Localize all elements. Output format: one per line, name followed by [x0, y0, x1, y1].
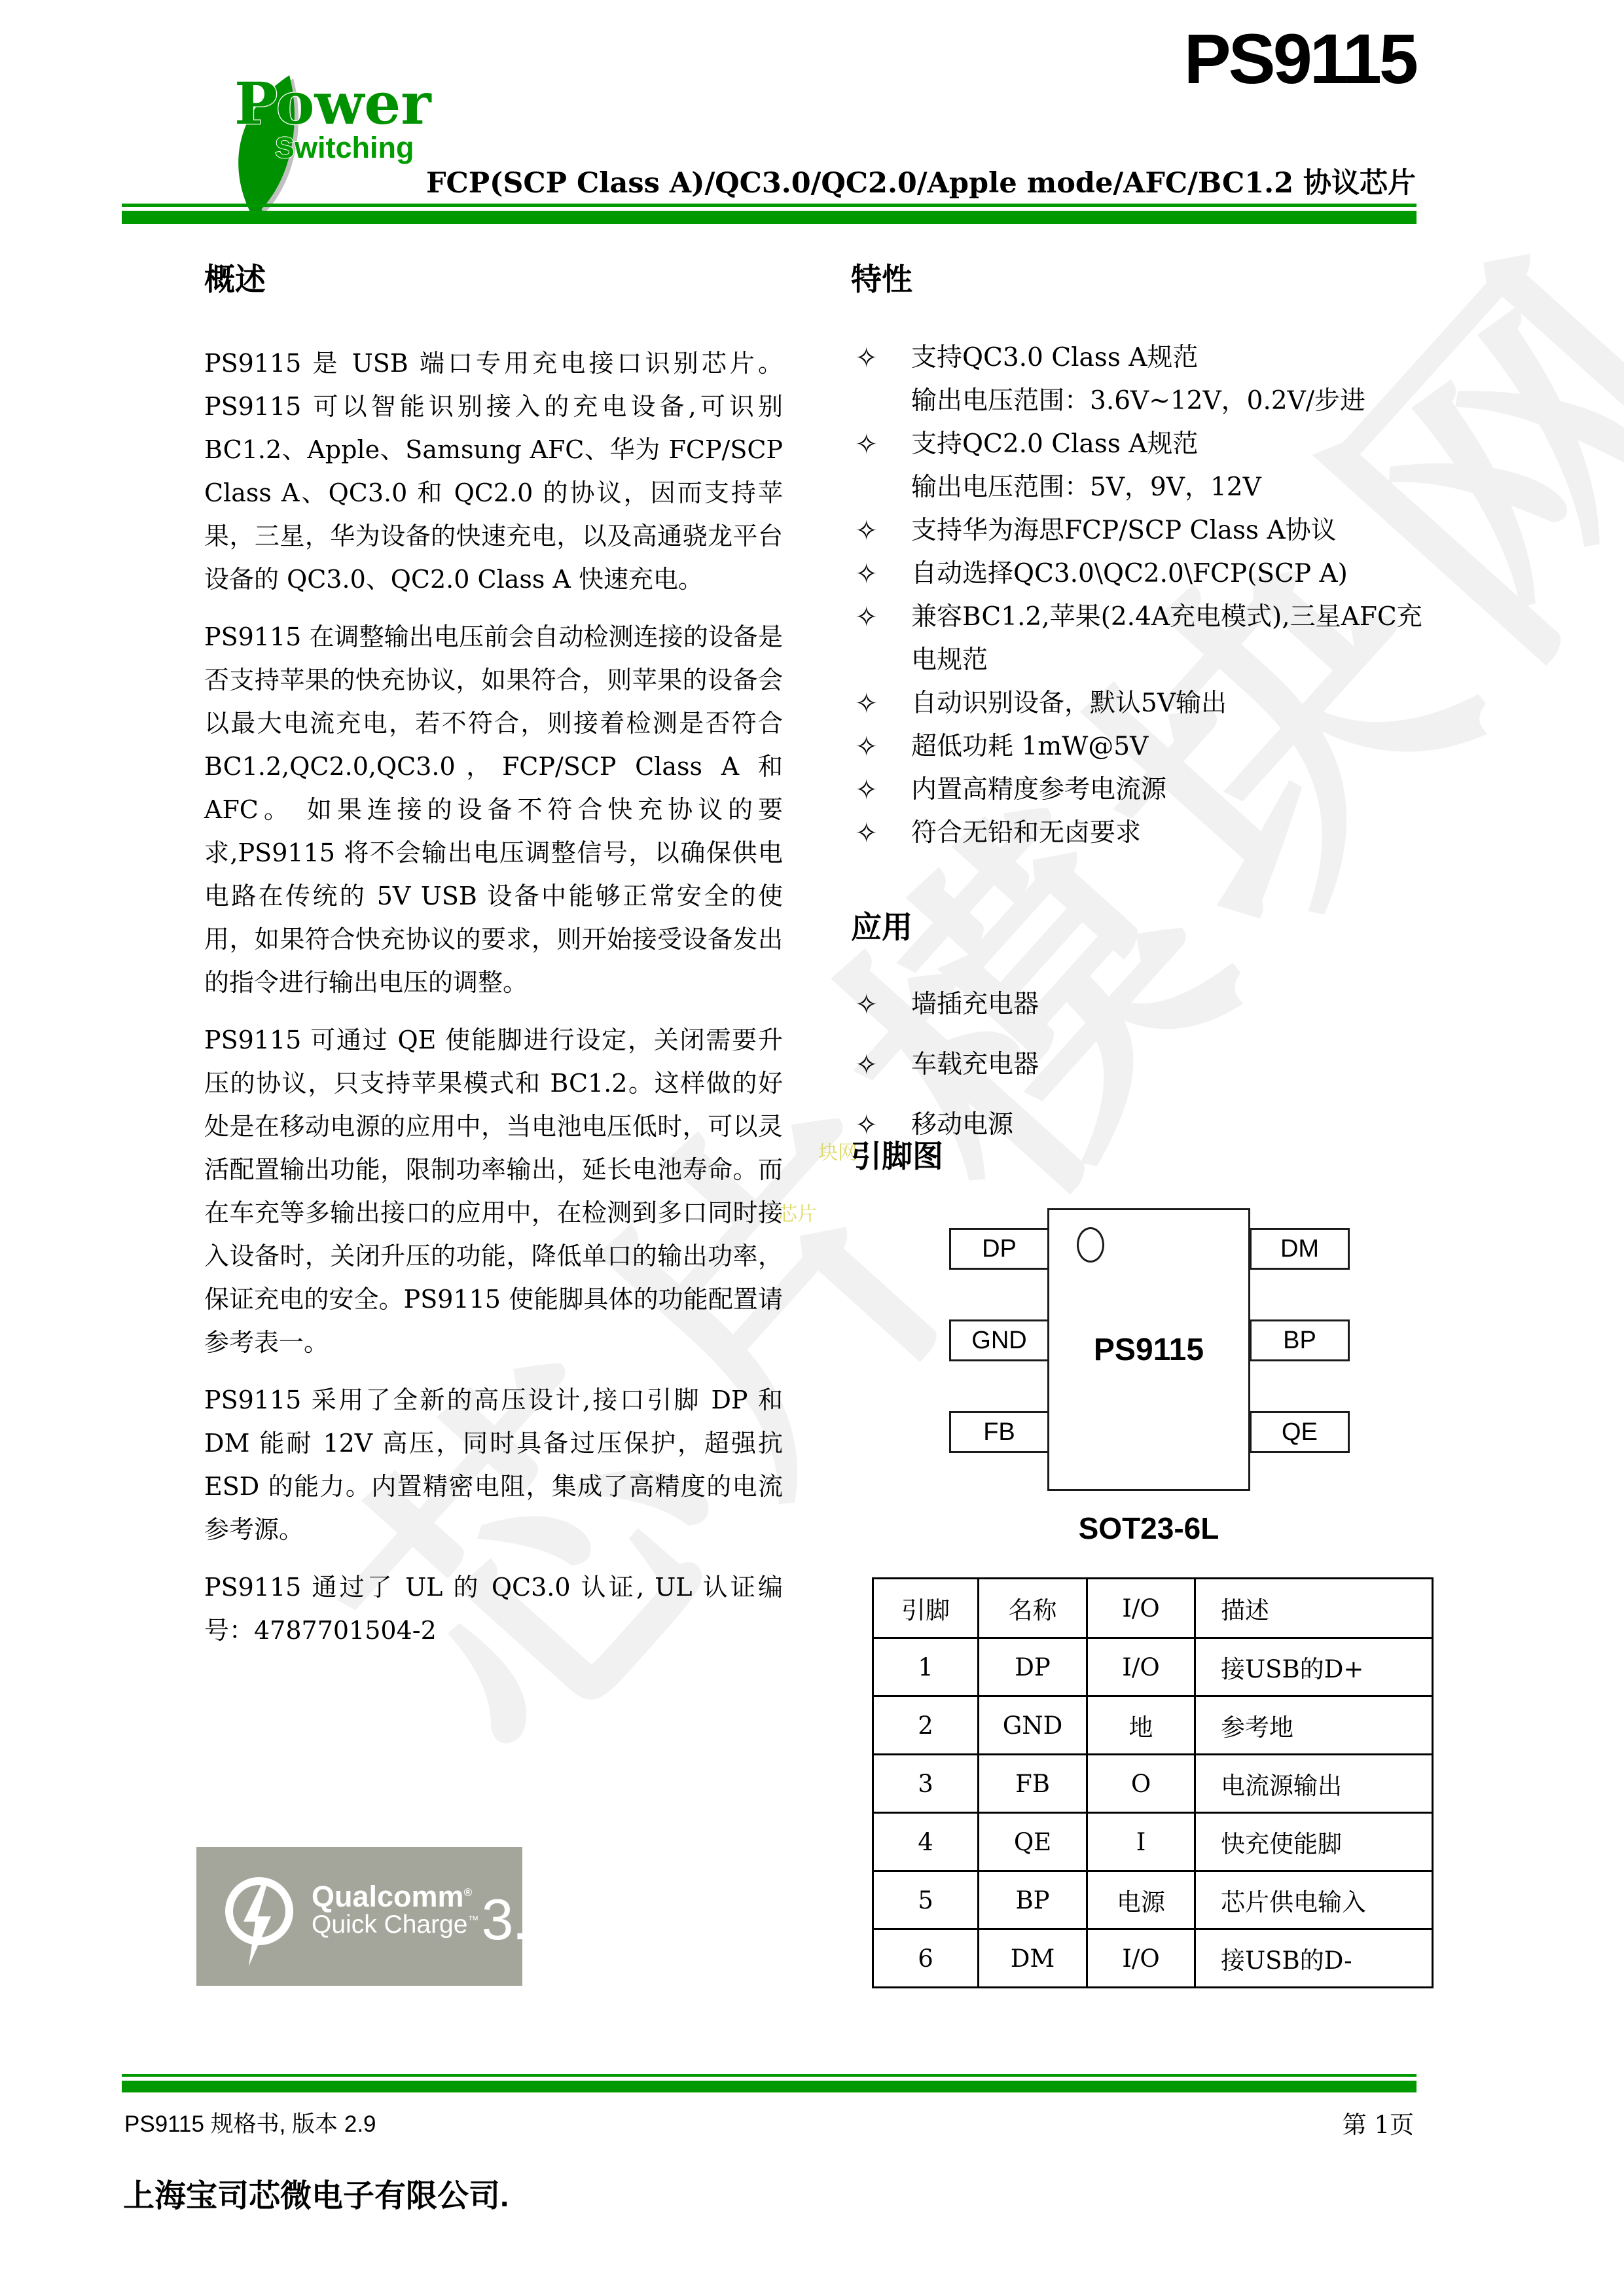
footer-doc-version: PS9115 规格书, 版本 2.9: [124, 2106, 376, 2139]
application-item: ✧ 墙插充电器: [851, 983, 1427, 1026]
page-title: PS9115: [1184, 24, 1416, 94]
pin-description-table: 引脚 名称 I/O 描述 1 DP I/O 接USB的D+ 2 GND 地 参考…: [872, 1577, 1434, 1988]
feature-text: 兼容BC1.2,苹果(2.4A充电模式),三星AFC充电规范: [911, 602, 1422, 675]
registered-mark: ®: [464, 1886, 473, 1899]
feature-text: 支持QC2.0 Class A规范: [911, 429, 1198, 459]
feature-item: ✧ 符合无铅和无卤要求: [851, 812, 1427, 855]
cell-desc: 接USB的D+: [1195, 1638, 1433, 1696]
pin1-marker-circle-icon: [1077, 1227, 1104, 1263]
cell-pin: 3: [873, 1755, 979, 1813]
star-bullet-icon: ✧: [855, 423, 878, 466]
overview-paragraph: PS9115 是 USB 端口专用充电接口识别芯片。PS9115 可以智能识别接…: [204, 342, 783, 601]
feature-item: ✧ 支持QC3.0 Class A规范 输出电压范围：3.6V~12V，0.2V…: [851, 336, 1427, 423]
star-bullet-icon: ✧: [855, 682, 878, 725]
qc-product: Quick Charge: [312, 1910, 467, 1939]
table-row: 3 FB O 电流源输出: [873, 1755, 1433, 1813]
col-header: 名称: [979, 1579, 1087, 1638]
watermark-label-a: 芯片: [778, 1198, 817, 1227]
col-header: 描述: [1195, 1579, 1433, 1638]
star-bullet-icon: ✧: [855, 1043, 878, 1086]
feature-item: ✧ 超低功耗 1mW@5V: [851, 725, 1427, 768]
application-text: 移动电源: [911, 1110, 1013, 1139]
pin-diagram-section: 引脚图 DP GND FB PS9115 DM BP QE SOT23-6L: [851, 1138, 1440, 1549]
cell-desc: 快充使能脚: [1195, 1813, 1433, 1871]
quick-charge-text: Qualcomm® Quick Charge™: [312, 1881, 478, 1939]
cell-io: I: [1087, 1813, 1195, 1871]
overview-paragraph: PS9115 可通过 QE 使能脚进行设定，关闭需要升压的协议，只支持苹果模式和…: [204, 1018, 783, 1364]
feature-item: ✧ 自动识别设备，默认5V输出: [851, 682, 1427, 725]
cell-io: I/O: [1087, 1929, 1195, 1988]
feature-item: ✧ 支持华为海思FCP/SCP Class A协议: [851, 509, 1427, 552]
chip-body: PS9115: [1047, 1208, 1250, 1491]
application-item: ✧ 车载充电器: [851, 1043, 1427, 1086]
col-header: 引脚: [873, 1579, 979, 1638]
cell-desc: 芯片供电输入: [1195, 1871, 1433, 1929]
pin-box-fb: FB: [949, 1411, 1049, 1453]
pin-label: DM: [1280, 1235, 1319, 1263]
cell-name: GND: [979, 1696, 1087, 1755]
overview-heading: 概述: [204, 260, 783, 300]
footer-rule-thick: [122, 2081, 1416, 2092]
cell-io: I/O: [1087, 1638, 1195, 1696]
cell-io: 地: [1087, 1696, 1195, 1755]
feature-item: ✧ 自动选择QC3.0\QC2.0\FCP(SCP A): [851, 552, 1427, 596]
star-bullet-icon: ✧: [855, 983, 878, 1026]
table-row: 5 BP 电源 芯片供电输入: [873, 1871, 1433, 1929]
star-bullet-icon: ✧: [855, 725, 878, 768]
footer-page-number: 第 1页: [1343, 2105, 1414, 2140]
applications-section: 应用 ✧ 墙插充电器 ✧ 车载充电器 ✧ 移动电源: [851, 908, 1427, 1164]
col-header: I/O: [1087, 1579, 1195, 1638]
pin-box-dm: DM: [1250, 1228, 1350, 1270]
page-subtitle: FCP(SCP Class A)/QC3.0/QC2.0/Apple mode/…: [426, 161, 1416, 201]
feature-text: 自动选择QC3.0\QC2.0\FCP(SCP A): [911, 559, 1348, 588]
cell-pin: 2: [873, 1696, 979, 1755]
overview-paragraph: PS9115 采用了全新的高压设计,接口引脚 DP 和 DM 能耐 12V 高压…: [204, 1378, 783, 1551]
company-name: 上海宝司芯微电子有限公司.: [123, 2170, 509, 2215]
cell-name: DP: [979, 1638, 1087, 1696]
cell-pin: 4: [873, 1813, 979, 1871]
pin-box-qe: QE: [1250, 1411, 1350, 1453]
application-text: 车载充电器: [911, 1050, 1039, 1079]
table-row: 2 GND 地 参考地: [873, 1696, 1433, 1755]
feature-text: 自动识别设备，默认5V输出: [911, 689, 1227, 718]
application-text: 墙插充电器: [911, 990, 1039, 1019]
chip-part-number: PS9115: [1094, 1332, 1204, 1368]
star-bullet-icon: ✧: [855, 596, 878, 639]
feature-text: 支持QC3.0 Class A规范: [911, 343, 1198, 372]
feature-item: ✧ 兼容BC1.2,苹果(2.4A充电模式),三星AFC充电规范: [851, 596, 1427, 682]
features-heading: 特性: [851, 260, 1427, 300]
cell-name: BP: [979, 1871, 1087, 1929]
cell-io: 电源: [1087, 1871, 1195, 1929]
cell-pin: 5: [873, 1871, 979, 1929]
feature-subtext: 输出电压范围：3.6V~12V，0.2V/步进: [911, 380, 1427, 423]
overview-paragraph: PS9115 通过了 UL 的 QC3.0 认证, UL 认证编号：478770…: [204, 1566, 783, 1652]
svg-text:Switching: Switching: [275, 131, 414, 164]
table-row: 1 DP I/O 接USB的D+: [873, 1638, 1433, 1696]
svg-text:Power: Power: [234, 69, 432, 137]
pin-label: GND: [971, 1327, 1026, 1355]
overview-section: 概述 PS9115 是 USB 端口专用充电接口识别芯片。PS9115 可以智能…: [204, 260, 783, 1666]
quick-charge-certification-badge: Qualcomm® Quick Charge™ 3.0: [196, 1847, 522, 1986]
feature-text: 符合无铅和无卤要求: [911, 818, 1141, 848]
chip-pinout-diagram: DP GND FB PS9115 DM BP QE SOT23-6L: [949, 1208, 1351, 1549]
features-section: 特性 ✧ 支持QC3.0 Class A规范 输出电压范围：3.6V~12V，0…: [851, 260, 1427, 855]
qc-version: 3.0: [481, 1886, 557, 1953]
star-bullet-icon: ✧: [855, 336, 878, 380]
pin-box-gnd: GND: [949, 1319, 1049, 1361]
pin-label: FB: [983, 1418, 1015, 1446]
header-rule-thick: [122, 211, 1416, 224]
trademark-mark: ™: [467, 1914, 478, 1926]
feature-text: 超低功耗 1mW@5V: [911, 732, 1148, 761]
feature-text: 内置高精度参考电流源: [911, 775, 1166, 804]
table-header-row: 引脚 名称 I/O 描述: [873, 1579, 1433, 1638]
cell-name: FB: [979, 1755, 1087, 1813]
cell-name: QE: [979, 1813, 1087, 1871]
lightning-bolt-icon: [219, 1869, 302, 1981]
pin-box-dp: DP: [949, 1228, 1049, 1270]
pin-label: BP: [1283, 1327, 1316, 1355]
star-bullet-icon: ✧: [855, 768, 878, 812]
feature-subtext: 输出电压范围：5V，9V，12V: [911, 466, 1427, 509]
header-rule-thin: [122, 204, 1416, 207]
cell-name: DM: [979, 1929, 1087, 1988]
cell-io: O: [1087, 1755, 1195, 1813]
feature-item: ✧ 内置高精度参考电流源: [851, 768, 1427, 812]
applications-heading: 应用: [851, 908, 1427, 948]
star-bullet-icon: ✧: [855, 552, 878, 596]
qc-brand: Qualcomm: [312, 1880, 464, 1913]
pin-label: DP: [982, 1235, 1017, 1263]
pin-box-bp: BP: [1250, 1319, 1350, 1361]
datasheet-page: 芯片模块网 芯片 块网 Power Switching PS9115 FCP(S…: [0, 0, 1624, 2296]
feature-text: 支持华为海思FCP/SCP Class A协议: [911, 516, 1337, 545]
footer-rule-thin: [122, 2074, 1416, 2077]
pin-diagram-heading: 引脚图: [851, 1138, 1440, 1177]
pin-label: QE: [1282, 1418, 1318, 1446]
feature-item: ✧ 支持QC2.0 Class A规范 输出电压范围：5V，9V，12V: [851, 423, 1427, 509]
star-bullet-icon: ✧: [855, 812, 878, 855]
star-bullet-icon: ✧: [855, 509, 878, 552]
cell-pin: 1: [873, 1638, 979, 1696]
cell-pin: 6: [873, 1929, 979, 1988]
cell-desc: 电流源输出: [1195, 1755, 1433, 1813]
package-name: SOT23-6L: [1047, 1511, 1250, 1546]
cell-desc: 接USB的D-: [1195, 1929, 1433, 1988]
cell-desc: 参考地: [1195, 1696, 1433, 1755]
overview-paragraph: PS9115 在调整输出电压前会自动检测连接的设备是否支持苹果的快充协议，如果符…: [204, 615, 783, 1004]
table-row: 4 QE I 快充使能脚: [873, 1813, 1433, 1871]
table-row: 6 DM I/O 接USB的D-: [873, 1929, 1433, 1988]
